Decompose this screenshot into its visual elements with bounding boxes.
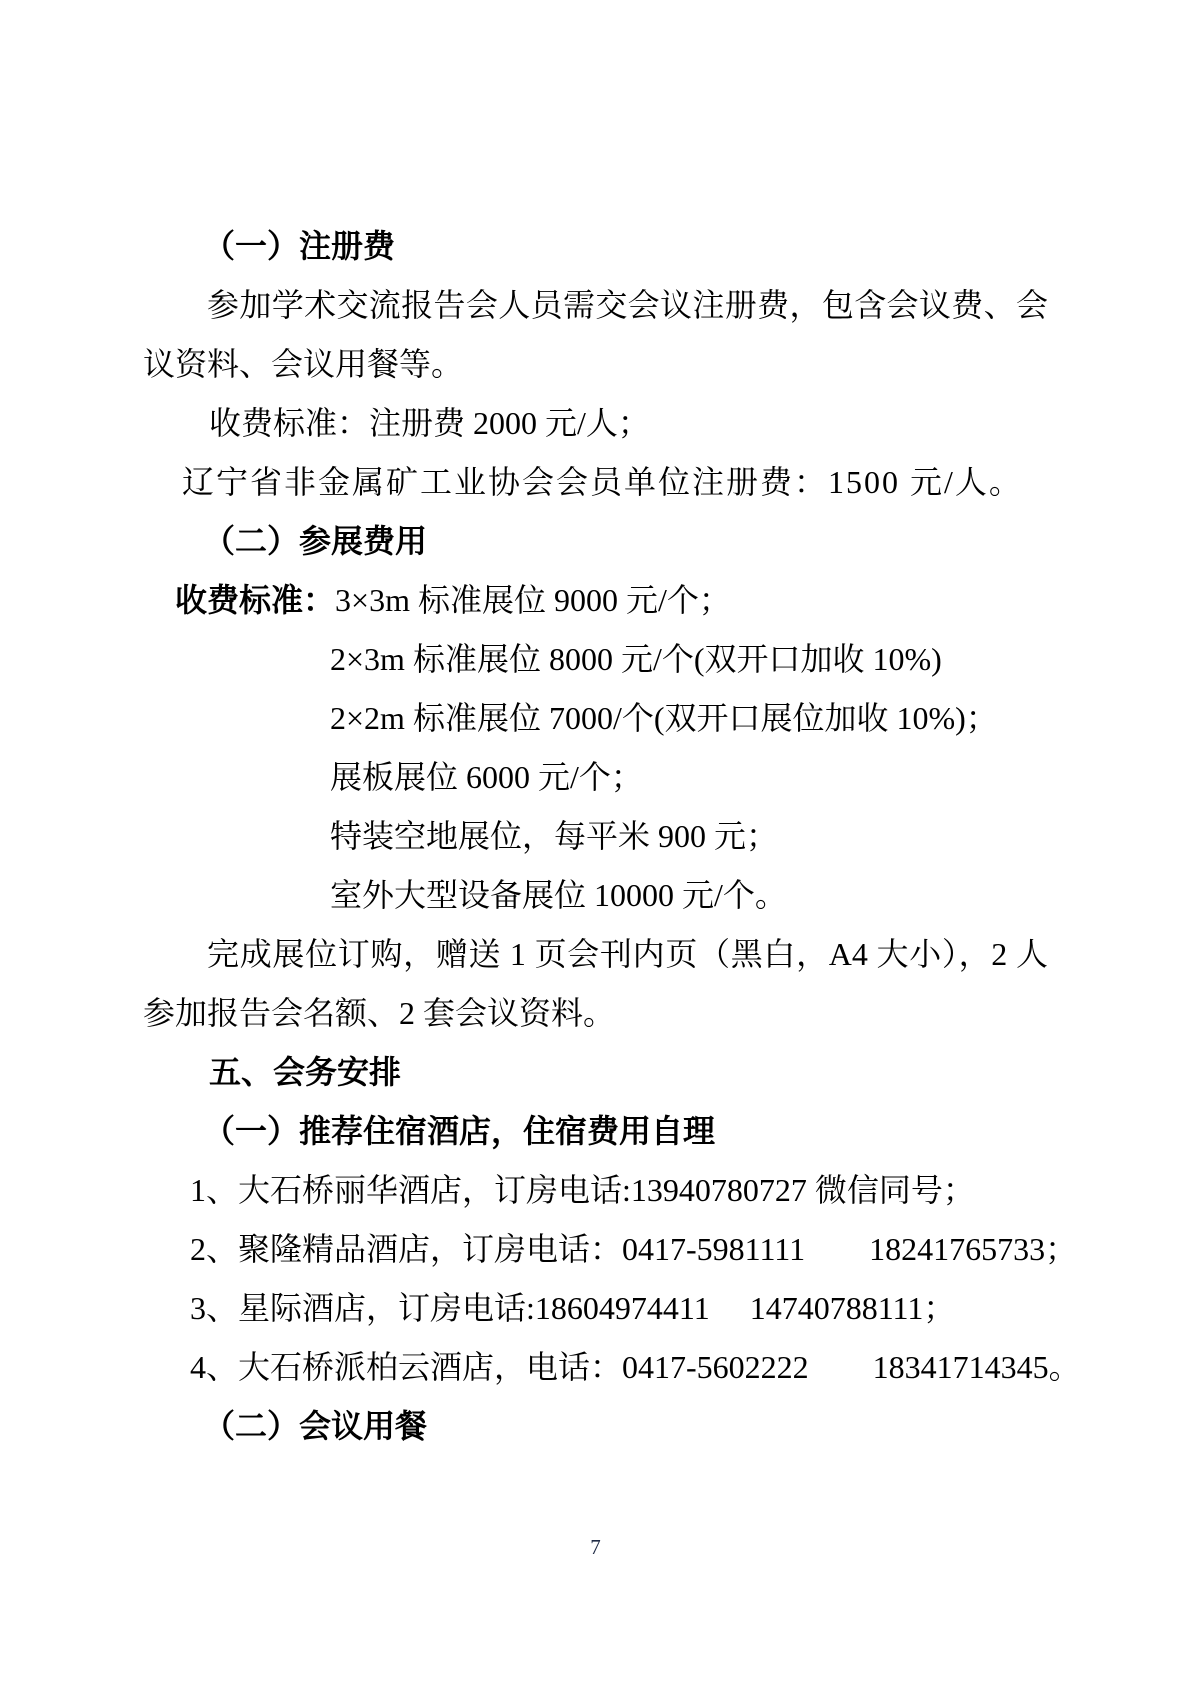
booth-price-outdoor: 室外大型设备展位 10000 元/个。 <box>143 866 1048 925</box>
booth-price-3x3: 3×3m 标准展位 9000 元/个； <box>335 582 731 618</box>
booth-price-raw-space: 特装空地展位，每平米 900 元； <box>143 807 1048 866</box>
heading-registration-fee: （一）注册费 <box>143 217 1048 276</box>
hotel-item-2: 2、聚隆精品酒店，订房电话：0417-5981111 18241765733； <box>143 1220 1048 1279</box>
heading-recommended-hotels: （一）推荐住宿酒店，住宿费用自理 <box>143 1102 1048 1161</box>
document-page: （一）注册费 参加学术交流报告会人员需交会议注册费，包含会议费、会 议资料、会议… <box>0 0 1191 1683</box>
registration-paragraph-line-1: 参加学术交流报告会人员需交会议注册费，包含会议费、会 <box>143 276 1048 335</box>
fee-standard-label: 收费标准： <box>175 582 335 618</box>
exhibition-fee-item-1: 收费标准：3×3m 标准展位 9000 元/个； <box>143 571 1048 630</box>
hotel-item-4: 4、大石桥派柏云酒店，电话：0417-5602222 18341714345。 <box>143 1338 1048 1397</box>
heading-exhibition-fee: （二）参展费用 <box>143 512 1048 571</box>
booth-price-2x3: 2×3m 标准展位 8000 元/个(双开口加收 10%) <box>143 630 1048 689</box>
document-body: （一）注册费 参加学术交流报告会人员需交会议注册费，包含会议费、会 议资料、会议… <box>143 217 1048 1456</box>
hotel-item-1: 1、大石桥丽华酒店，订房电话:13940780727 微信同号； <box>143 1161 1048 1220</box>
booth-price-2x2: 2×2m 标准展位 7000/个(双开口展位加收 10%)； <box>143 689 1048 748</box>
page-number: 7 <box>0 1535 1191 1559</box>
hotel-item-3: 3、星际酒店，订房电话:18604974411 14740788111； <box>143 1279 1048 1338</box>
registration-member-fee: 辽宁省非金属矿工业协会会员单位注册费：1500 元/人。 <box>143 453 1048 512</box>
heading-conference-meals: （二）会议用餐 <box>143 1397 1048 1456</box>
booth-bonus-line-2: 参加报告会名额、2 套会议资料。 <box>143 984 1048 1043</box>
booth-bonus-line-1: 完成展位订购，赠送 1 页会刊内页（黑白，A4 大小），2 人 <box>143 925 1048 984</box>
registration-standard-fee: 收费标准：注册费 2000 元/人； <box>143 394 1048 453</box>
booth-price-panel: 展板展位 6000 元/个； <box>143 748 1048 807</box>
heading-conference-arrangements: 五、会务安排 <box>143 1043 1048 1102</box>
registration-paragraph-line-2: 议资料、会议用餐等。 <box>143 335 1048 394</box>
